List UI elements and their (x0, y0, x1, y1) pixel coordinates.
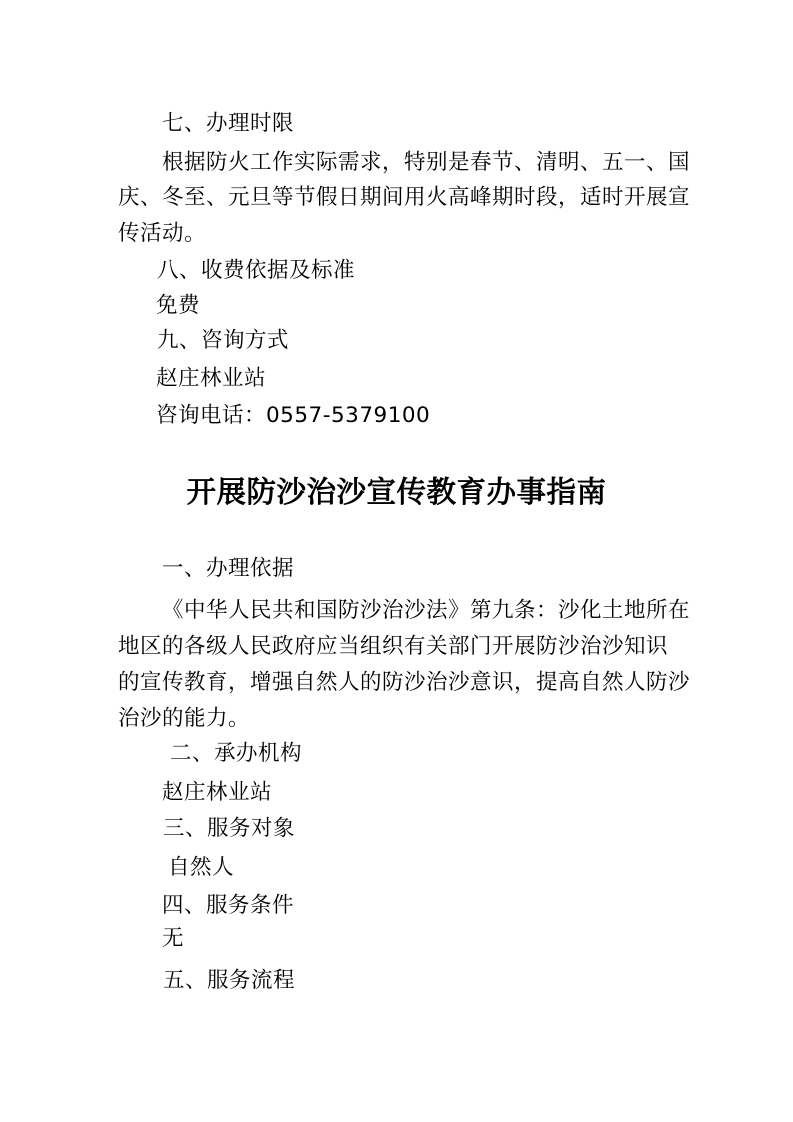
section-1-paragraph-line-3: 的宣传教育，增强自然人的防沙治沙意识，提高自然人防沙 (118, 665, 690, 701)
section-2-agency-name: 赵庄林业站 (162, 775, 272, 811)
section-4-heading: 四、服务条件 (162, 888, 294, 924)
section-8-fee-text: 免费 (156, 288, 200, 324)
section-3-service-target: 自然人 (168, 850, 234, 886)
section-5-heading: 五、服务流程 (163, 963, 295, 999)
document-page: 七、办理时限 根据防火工作实际需求，特别是春节、清明、五一、国 庆、冬至、元旦等… (0, 0, 793, 1122)
section-7-heading: 七、办理时限 (162, 106, 294, 142)
section-1-paragraph-line-4: 治沙的能力。 (118, 701, 250, 737)
section-4-service-condition: 无 (162, 921, 184, 957)
section-9-agency-name: 赵庄林业站 (156, 361, 266, 397)
section-7-paragraph-line-3: 传活动。 (118, 216, 206, 252)
section-3-heading: 三、服务对象 (163, 811, 295, 847)
section-2-heading: 二、承办机构 (170, 736, 302, 772)
section-8-heading: 八、收费依据及标准 (157, 253, 355, 289)
section-1-heading: 一、办理依据 (162, 551, 294, 587)
section-7-paragraph-line-1: 根据防火工作实际需求，特别是春节、清明、五一、国 (162, 145, 690, 181)
section-9-phone-line: 咨询电话：0557-5379100 (156, 398, 430, 434)
section-7-paragraph-line-2: 庆、冬至、元旦等节假日期间用火高峰期时段，适时开展宣 (118, 180, 690, 216)
guide-title: 开展防沙治沙宣传教育办事指南 (0, 470, 793, 514)
section-1-paragraph-line-1: 《中华人民共和国防沙治沙法》第九条：沙化土地所在 (162, 593, 690, 629)
section-1-paragraph-line-2: 地区的各级人民政府应当组织有关部门开展防沙治沙知识 (118, 629, 668, 665)
section-9-heading: 九、咨询方式 (157, 323, 289, 359)
